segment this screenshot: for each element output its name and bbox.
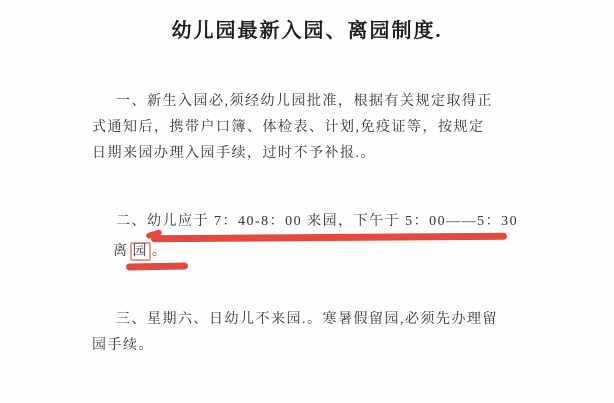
paragraph-1-line-1: 一、新生入园必,须经幼儿园批准，根据有关规定取得正 xyxy=(92,89,522,115)
document-page: 幼儿园最新入园、离园制度. 一、新生入园必,须经幼儿园批准，根据有关规定取得正 … xyxy=(0,0,614,403)
red-underline-annotation-2 xyxy=(126,262,188,270)
paragraph-3-line-2: 园手续。 xyxy=(92,333,522,359)
paragraph-2-line-2-punct: 。 xyxy=(152,244,168,259)
paragraph-1-line-2: 式通知后，携带户口簿、体检表、计划,免疫证等，按规定 xyxy=(92,115,522,141)
paragraph-2-line-2-text: 离 xyxy=(113,244,129,259)
paragraph-1-line-3: 日期来园办理入园手续，过时不予补报.。 xyxy=(92,141,522,167)
paragraph-3-line-1: 三、星期六、日幼儿不来园.。寒暑假留园,必须先办理留 xyxy=(92,307,522,333)
red-box-annotation: 园 xyxy=(130,242,152,261)
document-title: 幼儿园最新入园、离园制度. xyxy=(0,14,614,43)
paragraph-1: 一、新生入园必,须经幼儿园批准，根据有关规定取得正 式通知后，携带户口簿、体检表… xyxy=(92,89,522,167)
paragraph-3: 三、星期六、日幼儿不来园.。寒暑假留园,必须先办理留 园手续。 xyxy=(92,307,522,359)
